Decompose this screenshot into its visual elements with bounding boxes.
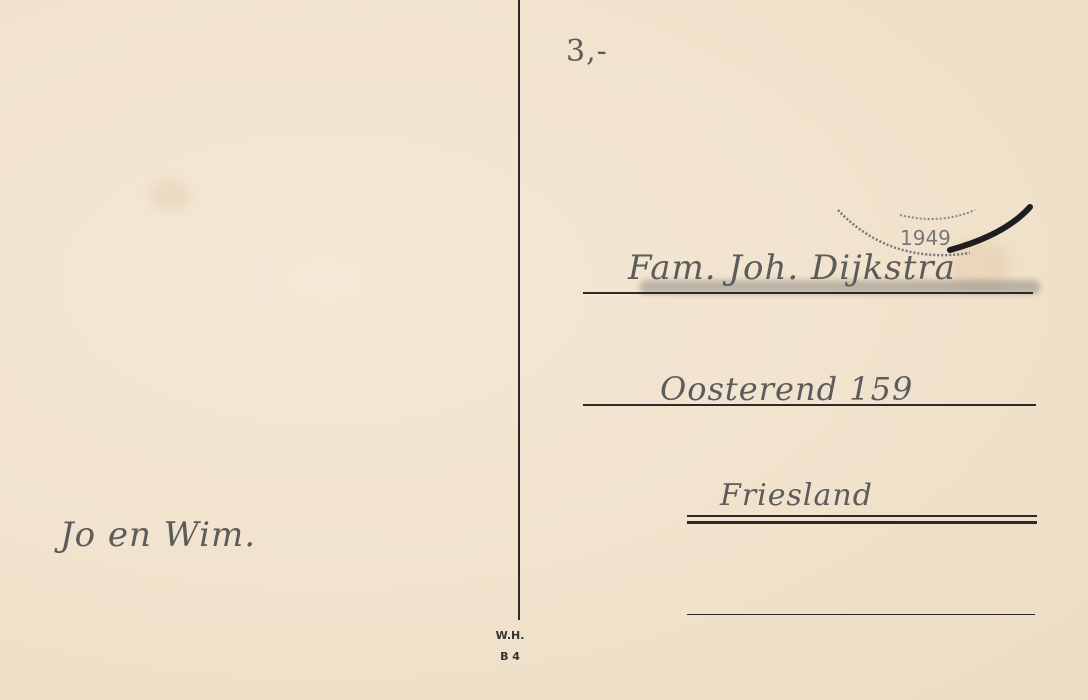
address-rule-2 — [583, 404, 1036, 406]
address-line-3: Friesland — [720, 478, 873, 513]
address-line-1: Fam. Joh. Dijkstra — [628, 248, 956, 288]
address-rule-4 — [687, 614, 1035, 615]
svg-text:1949: 1949 — [900, 226, 951, 250]
printer-mark-line-1: W.H. — [480, 629, 540, 642]
address-line-2: Oosterend 159 — [660, 370, 913, 408]
address-rule-1 — [583, 292, 1033, 294]
address-rule-3b — [687, 521, 1037, 524]
message-signature: Jo en Wim. — [60, 515, 256, 555]
price-mark: 3,- — [566, 34, 608, 69]
printer-mark-line-2: B 4 — [480, 650, 540, 663]
address-rule-3a — [687, 515, 1037, 517]
paper-stain — [150, 180, 190, 210]
postcard-back: 3,- Jo en Wim. 1949 Fam. Joh. Dijkstra O… — [0, 0, 1088, 700]
center-divider-line — [518, 0, 520, 620]
